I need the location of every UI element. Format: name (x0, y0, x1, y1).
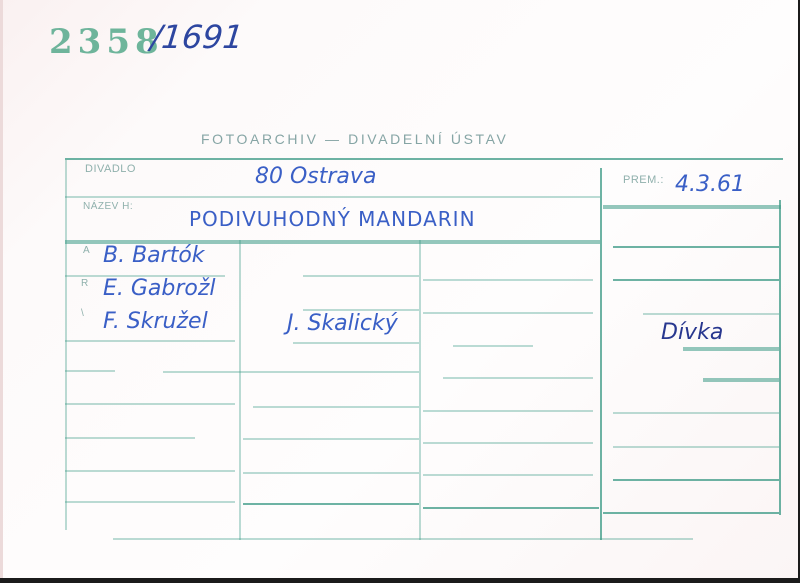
row-line (65, 470, 235, 472)
row-line (243, 503, 419, 505)
choreographer-name: F. Skružel (103, 309, 208, 334)
row-line (423, 279, 593, 281)
right-row-line (613, 279, 779, 281)
divadlo-label: DIVADLO (85, 163, 136, 175)
row-line (303, 275, 419, 277)
right-row-line (683, 347, 779, 351)
row-marker-r: R (81, 278, 89, 289)
frame-left-line (65, 160, 67, 530)
divadlo-value: 80 Ostrava (255, 164, 376, 189)
row-line (253, 406, 419, 408)
row-marker-a: A (83, 245, 90, 256)
row-line (293, 342, 419, 344)
row-marker-3: \ (81, 308, 84, 319)
role-name: Dívka (661, 320, 723, 345)
archive-header-title: FOTOARCHIV — DIVADELNÍ ÚSTAV (201, 131, 508, 147)
director-name: J. Skalický (287, 311, 398, 336)
row-line (423, 442, 593, 444)
premiere-date: 4.3.61 (675, 172, 745, 197)
right-row-line (603, 512, 779, 514)
row-line (423, 312, 593, 314)
row-line (423, 507, 599, 509)
right-row-line (703, 378, 779, 382)
conductor-name: E. Gabrožl (103, 276, 216, 301)
archive-photo-card: 2358 /1691 FOTOARCHIV — DIVADELNÍ ÚSTAV … (0, 0, 798, 578)
column-divider-2 (419, 240, 421, 540)
row-line (65, 501, 235, 503)
row-line (443, 377, 593, 379)
right-row-line (613, 479, 779, 481)
row-line (423, 474, 593, 476)
prem-label: PREM.: (623, 174, 664, 186)
row-line (243, 438, 419, 440)
title-value: PODIVUHODNÝ MANDARIN (189, 207, 476, 231)
right-row-line (613, 412, 779, 414)
right-column-divider (600, 168, 602, 540)
right-row-line (613, 446, 779, 448)
right-row-line (643, 313, 779, 315)
row-line (65, 403, 235, 405)
stamp-number: 2358 (49, 22, 164, 62)
row-line (423, 410, 593, 412)
frame-right-line (779, 200, 781, 515)
column-divider-1 (239, 240, 241, 540)
frame-bottom-line (113, 538, 693, 540)
row-line (65, 370, 115, 372)
right-row-line (613, 246, 779, 248)
row-line (243, 472, 419, 474)
nazev-label: NÁZEV H: (83, 201, 133, 212)
row-divider-divadlo (65, 196, 600, 198)
handwritten-reference-number: /1691 (149, 18, 245, 56)
row-line (453, 345, 533, 347)
frame-top-line (65, 158, 783, 160)
prem-divider (603, 205, 781, 209)
composer-name: B. Bartók (103, 243, 205, 268)
row-line (163, 371, 419, 373)
row-line (65, 437, 195, 439)
row-line (65, 340, 235, 342)
